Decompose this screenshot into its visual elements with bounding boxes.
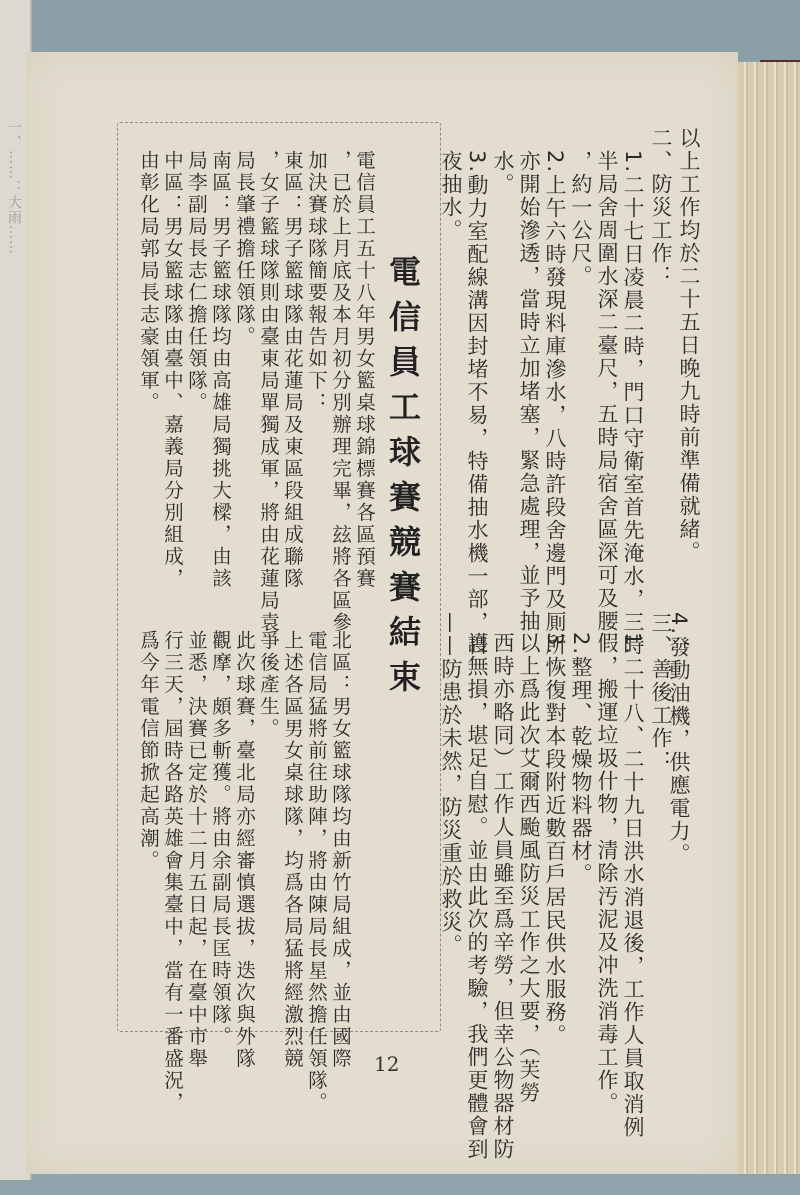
article-column: 爲今年電信節掀起高潮。: [136, 630, 160, 872]
article-column: 南區：男子籃球隊均由高雄局獨挑大樑，由該: [208, 150, 232, 590]
text-column: 以上工作均於二十五日晚九時前準備就緒。: [676, 127, 702, 564]
article-column: 爭後產生。: [256, 630, 280, 740]
article-column: 行三天，屆時各路英雄會集臺中，當有一番盛況，: [160, 630, 184, 1114]
text-column: 1.二十八、二十九日洪水消退後，工作人員取消例: [620, 632, 646, 1139]
text-column: 護無損，堪足自慰。並由此次的考驗，我們更體會到: [464, 632, 490, 1161]
text-column: ，約一公尺。: [568, 150, 594, 288]
text-column: 2.整理、乾燥物料器材。: [568, 632, 594, 886]
page-number: 12: [374, 1052, 399, 1076]
article-column: 由彰化局郭局長志豪領軍。: [136, 150, 160, 414]
article-column: 並悉，決賽已定於十二月五日起，在臺中市舉: [184, 630, 208, 1070]
text-column: 假，搬運垃圾什物，清除汚泥及冲洗消毒工作。: [594, 632, 620, 1115]
text-column: 夜抽水。: [438, 150, 464, 242]
article-column: 電信員工五十八年男女籃桌球錦標賽各區預賽: [352, 150, 376, 590]
article-column: ，女子籃球隊則由臺東局單獨成軍，將由花蓮局袁: [256, 150, 280, 634]
text-column: 西時亦略同）工作人員雖至爲辛勞，但幸公物器材防: [490, 632, 516, 1161]
article-column: 加決賽球隊簡要報告如下：: [304, 150, 328, 414]
article-column: 局李副局長志仁擔任領隊。: [184, 150, 208, 414]
article-title: 電信員工球賽競賽結束: [380, 255, 426, 705]
text-column: ——防患於未然，防災重於救災。: [438, 612, 464, 957]
article-column: 局長肇禮擔任領隊。: [232, 150, 256, 348]
article-column: 電信局猛將前往助陣，將由陳局長星然擔任領隊。: [304, 630, 328, 1114]
section-heading: 三、善後工作：: [648, 612, 674, 773]
text-column: 水。: [490, 150, 516, 196]
page-edges: [738, 62, 800, 1174]
text-column: 3.動力室配線溝因封堵不易，特備抽水機一部，日: [464, 150, 490, 657]
article-column: 北區：男女籃球隊均由新竹局組成，並由國際: [328, 630, 352, 1070]
article-column: 此次球賽，臺北局亦經審慎選拔，迭次與外隊: [232, 630, 256, 1070]
background-top: [0, 0, 800, 60]
article-column: 上述各區男女桌球隊，均爲各局猛將經激烈競: [280, 630, 304, 1070]
text-column: 亦開始滲透，當時立加堵塞，緊急處理，並予抽: [516, 150, 542, 633]
text-column: 3.恢復對本段附近數百戶居民供水服務。: [542, 632, 568, 1047]
text-column: 半局舍周圍水深二臺尺，五時局宿舍區深可及腰: [594, 150, 620, 633]
text-column: 2.上午六時發現料庫滲水，八時許段舍邊門及厠所: [542, 150, 568, 657]
section-heading: 二、防災工作：: [648, 127, 674, 288]
article-column: ，已於上月底及本月初分別辦理完畢，玆將各區參: [328, 150, 352, 634]
text-column: 1.二十七日凌晨二時，門口守衛室首先淹水，三時: [620, 150, 646, 657]
left-page-text: 一、……：大雨……: [4, 120, 24, 255]
article-column: 中區：男女籃球隊由臺中、嘉義局分別組成，: [160, 150, 184, 590]
article-column: 觀摩，頗多斬獲。將由余副局長匡時領隊。: [208, 630, 232, 1048]
text-column: 以上爲此次艾爾西颱風防災工作之大要，（芙勞: [516, 632, 542, 1105]
article-column: 東區：男子籃球隊由花蓮局及東區段組成聯隊: [280, 150, 304, 590]
